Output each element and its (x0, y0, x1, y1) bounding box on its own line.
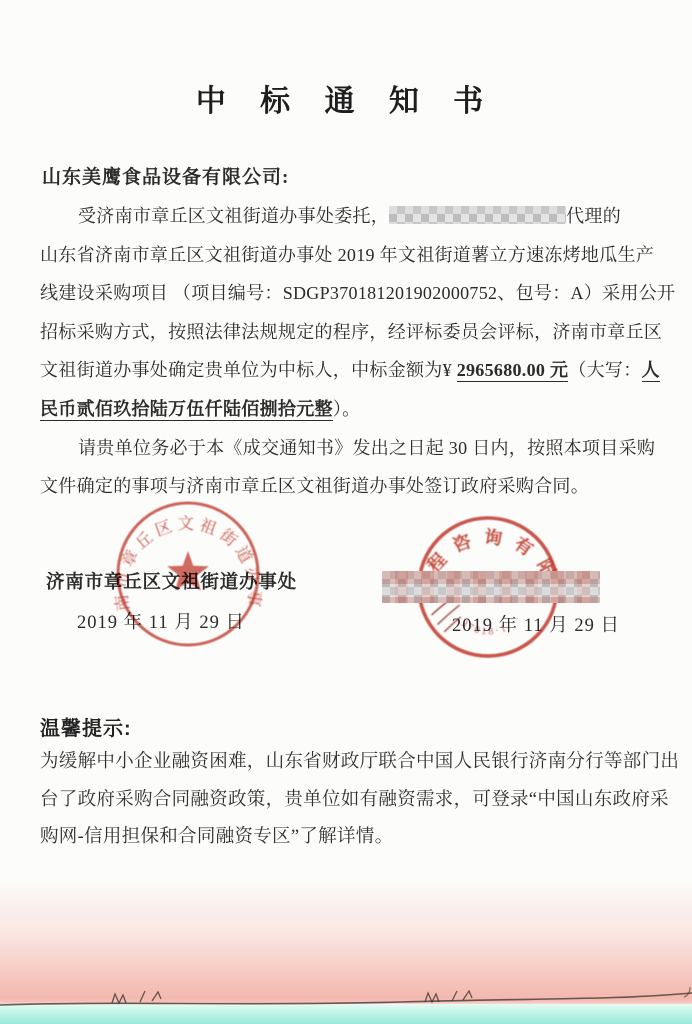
pixelated-redaction-seal (382, 571, 600, 603)
bid-amount: 2965680.00 元 (457, 360, 569, 382)
tips-line-1: 为缓解中小企业融资困难，山东省财政厅联合中国人民银行济南分行等部门出 (40, 744, 660, 782)
document-title: 中 标 通 知 书 (0, 76, 692, 120)
svg-text:37018·1···: 37018·1··· (458, 612, 526, 641)
body-line-7: 请贵单位务必于本《成交通知书》发出之日起 30 日内，按照本项目采购 (40, 429, 656, 468)
seal-star-icon (167, 551, 209, 591)
body-line-3: 线建设采购项目 （项目编号：SDGP370181201902000752、包号：… (40, 274, 656, 313)
paper-edge-line (0, 985, 692, 1024)
body-line-5-mid: （大写： (568, 360, 641, 380)
tips-line-2: 台了政府采购合同融资政策，贵单位如有融资需求，可登录“中国山东政府采 (40, 782, 660, 820)
bid-amount-caps-start: 人 (642, 360, 660, 382)
body-line-4: 招标采购方式，按照法律法规规定的程序，经评标委员会评标，济南市章丘区 (40, 313, 656, 352)
bid-amount-caps-end: 民币贰佰玖拾陆万伍仟陆佰捌拾元整 (40, 399, 333, 421)
body-line-1-tail: 代理的 (566, 206, 621, 226)
body-line-6-tail: ）。 (333, 399, 361, 419)
tips-heading: 温馨提示: (40, 712, 132, 741)
document-body: 受济南市章丘区文祖街道办事处委托，代理的 山东省济南市章丘区文祖街道办事处 20… (40, 197, 656, 506)
tips-line-3: 购网-信用担保和合同融资专区”了解详情。 (40, 819, 660, 857)
body-line-5-text: 文祖街道办事处确定贵单位为中标人，中标金额为¥ (40, 360, 457, 380)
scanned-document-page: 中 标 通 知 书 山东美鹰食品设备有限公司: 受济南市章丘区文祖街道办事处委托… (0, 0, 692, 1024)
body-line-2: 山东省济南市章丘区文祖街道办事处 2019 年文祖街道薯立方速冻烤地瓜生产 (40, 236, 656, 275)
seal-right-serial: 37018·1··· (458, 612, 526, 641)
pixelated-redaction (389, 206, 566, 224)
handwriting-scribble-left (112, 991, 161, 1003)
body-line-1: 受济南市章丘区文祖街道办事处委托，代理的 (40, 197, 656, 236)
body-line-1-text: 受济南市章丘区文祖街道办事处委托， (78, 206, 389, 226)
official-seal-left: 济南市章丘区文祖街道办事处 (112, 499, 264, 651)
tips-body: 为缓解中小企业融资困难，山东省财政厅联合中国人民银行济南分行等部门出 台了政府采… (40, 744, 660, 857)
body-line-6: 民币贰佰玖拾陆万伍仟陆佰捌拾元整）。 (40, 390, 656, 429)
recipient-line: 山东美鹰食品设备有限公司: (42, 162, 289, 189)
body-line-5: 文祖街道办事处确定贵单位为中标人，中标金额为¥ 2965680.00 元（大写：… (40, 351, 656, 390)
